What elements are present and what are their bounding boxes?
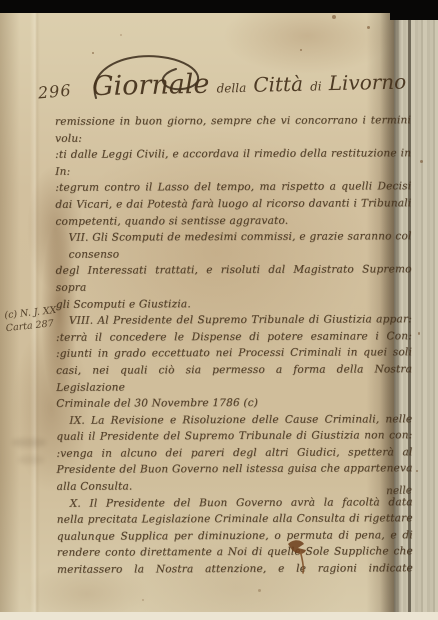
paper-speck bbox=[416, 470, 418, 472]
manuscript-line: casi, nei quali ciò sia permesso a forma… bbox=[56, 361, 412, 396]
manuscript-line: :ti dalle Leggi Civili, e accordava il r… bbox=[55, 145, 411, 180]
manuscript-line: dai Vicari, e dai Potestà farà luogo al … bbox=[55, 195, 411, 213]
page-title: Giornale della Città di Livorno bbox=[92, 65, 393, 102]
folio-number: 296 bbox=[37, 81, 72, 103]
manuscript-line: alla Consulta. bbox=[57, 477, 413, 495]
manuscript-line: meritassero la Nostra attenzione, e le r… bbox=[57, 560, 413, 578]
manuscript-line: VIII. Al Presidente del Supremo Tribunal… bbox=[56, 311, 412, 329]
manuscript-line: remissione in buon giorno, sempre che vi… bbox=[55, 112, 411, 147]
manuscript-line: Presidente del Buon Governo nell istessa… bbox=[57, 461, 413, 479]
manuscript-line: :tegrum contro il Lasso del tempo, ma ri… bbox=[55, 179, 411, 197]
paper-speck bbox=[142, 599, 144, 601]
manuscript-line: degl Interessati trattati, e risoluti da… bbox=[56, 262, 412, 297]
photo-background-top bbox=[0, 0, 438, 13]
title-word: della bbox=[215, 81, 249, 96]
manuscript-line: Criminale del 30 Novembre 1786 (c) bbox=[56, 394, 412, 412]
manuscript-line: competenti, quando si sentisse aggravato… bbox=[55, 212, 411, 230]
bleed-through-mark bbox=[12, 438, 46, 447]
paper-speck bbox=[420, 160, 423, 163]
manuscript-photo: { "scan": { "page_number": "296", "title… bbox=[0, 0, 438, 620]
manuscript-line: VII. Gli Scomputi de medesimi commissi, … bbox=[55, 228, 411, 263]
manuscript-line: :giunti in grado eccettuato nei Processi… bbox=[56, 345, 412, 363]
paper-speck bbox=[418, 332, 420, 335]
title-word: Città bbox=[253, 72, 303, 97]
photo-background-top-right bbox=[390, 0, 438, 20]
manuscript-line: qualunque Supplica per diminuzione, o pe… bbox=[57, 527, 413, 545]
photo-background-bottom bbox=[0, 612, 438, 620]
manuscript-text-block: remissione in buon giorno, sempre che vi… bbox=[55, 112, 413, 578]
catchword: nelle bbox=[368, 484, 412, 498]
paper-speck bbox=[120, 34, 122, 36]
title-word: Giornale bbox=[92, 69, 210, 102]
manuscript-line: X. Il Presidente del Buon Governo avrà l… bbox=[57, 494, 413, 512]
manuscript-line: IX. La Revisione e Risoluzione delle Cau… bbox=[56, 411, 412, 429]
paper-speck bbox=[300, 49, 302, 51]
manuscript-line: rendere conto direttamente a Noi di quel… bbox=[57, 544, 413, 562]
manuscript-line: :terrà il concedere le Dispense di poter… bbox=[56, 328, 412, 346]
paper-speck bbox=[332, 15, 336, 19]
manuscript-line: quali il Presidente del Supremo Tribunal… bbox=[56, 428, 412, 446]
manuscript-line: nella precitata Legislazione Criminale a… bbox=[57, 510, 413, 528]
title-word: Livorno bbox=[328, 70, 406, 96]
paper-speck bbox=[367, 26, 370, 29]
title-word: di bbox=[308, 79, 324, 93]
manuscript-line: :venga in alcuno dei pareri degl altri G… bbox=[56, 444, 412, 462]
bleed-through-mark bbox=[18, 456, 44, 464]
paper-speck bbox=[258, 589, 261, 592]
ink-blot bbox=[282, 536, 318, 576]
manuscript-line: gli Scomputi e Giustizia. bbox=[56, 295, 412, 313]
paper-speck bbox=[92, 52, 94, 54]
